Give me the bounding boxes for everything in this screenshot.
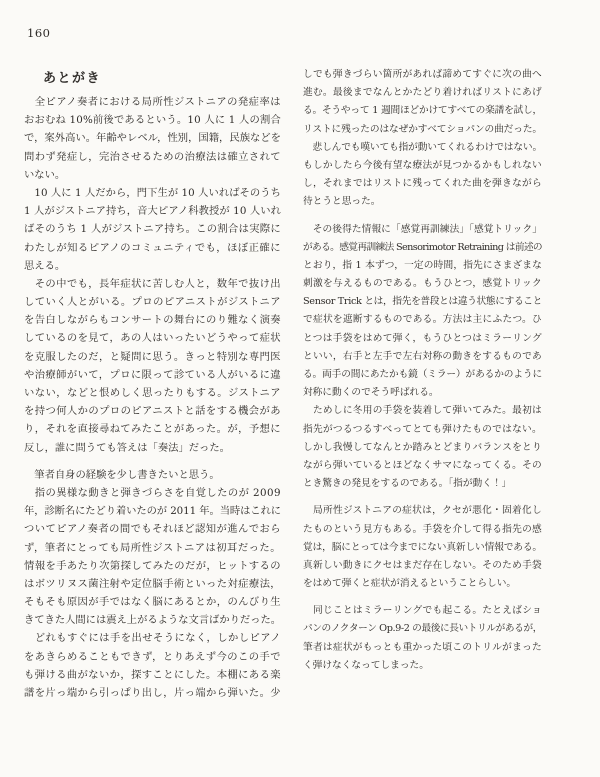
text-line: はボツリヌス菌注射や定位脳手術といった対症療法， (24, 575, 281, 593)
text-line: く弾けなくなってしまった。 (303, 657, 542, 675)
text-line: ついてピアノ奏者の間でもそれほど認知が進んでおら (24, 520, 281, 538)
text-line: とつは手袋をはめて弾く，もうひとつはミラーリング (303, 330, 542, 348)
text-line: おおむね 10%前後であるという。10 人に 1 人の割合 (24, 111, 281, 129)
text-line: 進む。最後までなんとかたどり着ければリストにあげ (303, 84, 542, 102)
text-line: で症状を遮断するものである。方法は主にふたつ。ひ (303, 311, 542, 329)
text-line: いない。 (24, 166, 281, 184)
text-line: 覚は，脳にとっては今までにない真新しい情報である。 (303, 539, 542, 557)
text-line: り，それを直接尋ねてみたことがあった。が，予想に (24, 420, 281, 438)
text-line: をあきらめることもできず，とりあえず今のこの手で (24, 648, 281, 666)
text-line: いない，などと恨めしく思ったりもする。ジストニア (24, 384, 281, 402)
text-line: わたしが知るピアノのコミュニティでも，ほぼ正確に (24, 239, 281, 257)
text-line: ず，筆者にとっても局所性ジストニアは初耳だった。 (24, 539, 281, 557)
text-line: 真新しい動きにクセはまだ存在しない。そのため手袋 (303, 557, 542, 575)
text-line: 局所性ジストニアの症状は，クセが悪化・固着化し (303, 502, 542, 520)
text-line: も弾ける曲がないか，探すことにした。本棚にある楽 (24, 666, 281, 684)
text-line: 筆者自身の経験を少し書きたいと思う。 (24, 466, 281, 484)
text-line: といい，右手と左手で左右対称の動きをするものであ (303, 348, 542, 366)
text-line: 指の異様な動きと弾きづらさを自覚したのが 2009 (24, 484, 281, 502)
text-line: していく人とがいる。プロのピアニストがジストニア (24, 293, 281, 311)
text-line: ながら弾いているとほどなくサマになってくる。その (303, 457, 542, 475)
text-line: とおり，指 1 本ずつ，一定の時間，指先にさまざまな (303, 257, 542, 275)
afterword-heading: あとがき (43, 67, 101, 86)
text-line: しでも弾きづらい箇所があれば諦めてすぐに次の曲へ (303, 66, 542, 84)
text-line: 指先がつるつるすべってとても弾けたものではない。 (303, 421, 542, 439)
text-line: 問わず発症し，完治させるための治療法は確立されて (24, 148, 281, 166)
text-line: 対称に動くのでそう呼ばれる。 (303, 384, 542, 402)
page-number: 160 (27, 26, 50, 40)
text-line: 筆者は症状がもっとも重かった頃このトリルがまった (303, 639, 542, 657)
text-line: 思える。 (24, 257, 281, 275)
text-line: どれもすぐには手を出せそうになく，しかしピアノ (24, 629, 281, 647)
text-line: しかし我慢してなんとか踏みとどまりバランスをとり (303, 439, 542, 457)
text-line: 1 人がジストニア持ち，音大ピアノ科教授が 10 人いれ (24, 202, 281, 220)
text-line: もしかしたら今後有望な療法が見つかるかもしれない (303, 157, 542, 175)
text-line: そもそも原因が手ではなく脳にあるとか，のんびり生 (24, 593, 281, 611)
text-line: 10 人に 1 人だから，門下生が 10 人いればそのうち (24, 184, 281, 202)
text-line: 悲しんでも嘆いても指が動いてくれるわけではない。 (303, 139, 542, 157)
text-line: を告白しながらもコンサートの舞台にのり難なく演奏 (24, 311, 281, 329)
text-line: る。そうやって 1 週間ほどかけてすべての楽譜を試し， (303, 102, 542, 120)
text-line: しているのを見て，あの人はいったいどうやって症状 (24, 329, 281, 347)
right-column: しでも弾きづらい箇所があれば諦めてすぐに次の曲へ進む。最後までなんとかたどり着け… (303, 66, 542, 675)
text-line: 全ピアノ奏者における局所性ジストニアの発症率は (24, 93, 281, 111)
text-line: や治療師がいて，プロに限って診ている人がいるに違 (24, 366, 281, 384)
text-line: ためしに冬用の手袋を装着して弾いてみた。最初は (303, 402, 542, 420)
text-line: を克服したのだ，と疑問に思う。きっと特別な専門医 (24, 348, 281, 366)
text-line: 年，診断名にたどり着いたのが 2011 年。当時はこれに (24, 502, 281, 520)
text-line: で，案外高い。年齢やレベル，性別，国籍，民族などを (24, 129, 281, 147)
text-line: る。両手の間にあたかも鏡（ミラー）があるかのように (303, 366, 542, 384)
text-line: ばそのうち 1 人がジストニア持ち。この割合は実際に (24, 220, 281, 238)
text-line: 譜を片っ端から引っぱり出し，片っ端から弾いた。少 (24, 684, 281, 702)
text-line: し，それまではリストに残ってくれた曲を弾きながら (303, 175, 542, 193)
text-line: 同じことはミラーリングでも起こる。たとえばショ (303, 602, 542, 620)
book-page: 160 あとがき 全ピアノ奏者における局所性ジストニアの発症率はおおむね 10%… (0, 0, 600, 777)
text-line: パンのノクターン Op.9-2 の最後に長いトリルがあるが， (303, 620, 542, 638)
text-line: 待とうと思った。 (303, 193, 542, 211)
text-line: をはめて弾くと症状が消えるということらしい。 (303, 575, 542, 593)
text-line: 情報を手あたり次第探してみたのだが，ヒットするの (24, 557, 281, 575)
text-line: 反し，誰に問うても答えは「奏法」だった。 (24, 439, 281, 457)
text-line: その中でも，長年症状に苦しむ人と，数年で抜け出 (24, 275, 281, 293)
text-line: たものという見方もある。手袋を介して得る指先の感 (303, 521, 542, 539)
text-line: リストに残ったのはなぜかすべてショパンの曲だった。 (303, 121, 542, 139)
text-line: Sensor Trick とは，指先を普段とは違う状態にすること (303, 293, 542, 311)
left-column: 全ピアノ奏者における局所性ジストニアの発症率はおおむね 10%前後であるという。… (24, 93, 281, 702)
text-line: がある。感覚再訓練法 Sensorimotor Retraining は前述の (303, 239, 542, 257)
text-line: とき驚きの発見をするのである。「指が動く！」 (303, 475, 542, 493)
text-line: その後得た情報に「感覚再訓練法」「感覚トリック」 (303, 221, 542, 239)
text-line: きてきた人間には震え上がるような文言ばかりだった。 (24, 611, 281, 629)
text-line: を持つ何人かのプロのピアニストと話をする機会があ (24, 402, 281, 420)
text-line: 刺激を与えるものである。もうひとつ，感覚トリック (303, 275, 542, 293)
